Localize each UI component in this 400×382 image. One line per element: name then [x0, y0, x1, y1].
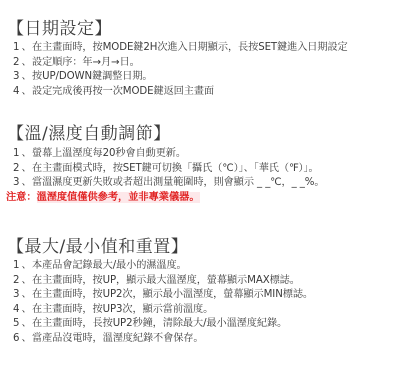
item-text: 當溫濕度更新失敗或者超出測量範圍時，則會顯示 _ _℃，_ _%。 — [32, 177, 324, 188]
item-text: 在主畫面時，按UP2次，顯示最小溫溼度，螢幕顯示MIN標誌。 — [32, 289, 313, 300]
list-item: 1、螢幕上溫溼度每20秒會自動更新。 — [0, 147, 400, 162]
item-text: 在主畫面模式時，按SET鍵可切換「攝氏（℃）」、「華氏（℉）」。 — [32, 163, 319, 174]
item-number: 1 — [13, 259, 21, 274]
item-number: 2 — [13, 162, 21, 177]
item-separator: 、 — [21, 274, 32, 289]
item-number: 4 — [13, 303, 21, 318]
item-separator: 、 — [21, 147, 32, 162]
note-label: 注意： — [6, 192, 37, 203]
list-item: 4、在主畫面時，按UP3次，顯示當前溫度。 — [0, 303, 400, 318]
instruction-list: 1、在主畫面時，按MODE鍵2H次進入日期顯示，長按SET鍵進入日期設定 2、設… — [0, 41, 400, 99]
note-highlight: 溫溼度值僅供參考， — [37, 192, 129, 203]
section-temp-humidity: 【溫/濕度自動調節】 1、螢幕上溫溼度每20秒會自動更新。 2、在主畫面模式時，… — [0, 124, 400, 205]
section-date-setting: 【日期設定】 1、在主畫面時，按MODE鍵2H次進入日期顯示，長按SET鍵進入日… — [0, 19, 400, 99]
instruction-list: 1、本產品會記錄最大/最小的濕溫度。 2、在主畫面時，按UP，顯示最大溫溼度，螢… — [0, 259, 400, 347]
item-number: 3 — [13, 70, 21, 85]
item-separator: 、 — [21, 176, 32, 191]
list-item: 3、按UP/DOWN鍵調整日期。 — [0, 70, 400, 85]
list-item: 6、當產品沒電時，溫溼度紀錄不會保存。 — [0, 332, 400, 347]
list-item: 4、設定完成後再按一次MODE鍵返回主畫面 — [0, 85, 400, 100]
item-number: 3 — [13, 176, 21, 191]
list-item: 1、本產品會記錄最大/最小的濕溫度。 — [0, 259, 400, 274]
section-max-min-reset: 【最大/最小值和重置】 1、本產品會記錄最大/最小的濕溫度。 2、在主畫面時，按… — [0, 237, 400, 347]
item-text: 螢幕上溫溼度每20秒會自動更新。 — [32, 148, 186, 159]
item-separator: 、 — [21, 70, 32, 85]
item-number: 5 — [13, 317, 21, 332]
item-text: 設定完成後再按一次MODE鍵返回主畫面 — [32, 86, 214, 97]
item-text: 當產品沒電時，溫溼度紀錄不會保存。 — [32, 333, 204, 344]
item-number: 2 — [13, 56, 21, 71]
section-heading: 【最大/最小值和重置】 — [0, 237, 400, 257]
item-text: 設定順序：年→月→日。 — [32, 57, 140, 68]
note-rest: 並非專業儀器。 — [128, 192, 199, 203]
list-item: 5、在主畫面時，長按UP2秒鐘，清除最大/最小溫溼度紀錄。 — [0, 317, 400, 332]
item-text: 在主畫面時，按UP3次，顯示當前溫度。 — [32, 304, 213, 315]
item-number: 1 — [13, 147, 21, 162]
item-separator: 、 — [21, 303, 32, 318]
item-text: 本產品會記錄最大/最小的濕溫度。 — [32, 260, 187, 271]
warning-note: 注意：溫溼度值僅供參考，並非專業儀器。 — [0, 191, 400, 206]
item-separator: 、 — [21, 56, 32, 71]
item-separator: 、 — [21, 85, 32, 100]
item-text: 在主畫面時，按UP，顯示最大溫溼度，螢幕顯示MAX標誌。 — [32, 275, 300, 286]
instruction-list: 1、螢幕上溫溼度每20秒會自動更新。 2、在主畫面模式時，按SET鍵可切換「攝氏… — [0, 147, 400, 191]
list-item: 3、當溫濕度更新失敗或者超出測量範圍時，則會顯示 _ _℃，_ _%。 — [0, 176, 400, 191]
item-number: 1 — [13, 41, 21, 56]
list-item: 2、設定順序：年→月→日。 — [0, 56, 400, 71]
item-text: 在主畫面時，按MODE鍵2H次進入日期顯示，長按SET鍵進入日期設定 — [32, 42, 348, 53]
item-number: 6 — [13, 332, 21, 347]
item-number: 2 — [13, 274, 21, 289]
item-separator: 、 — [21, 41, 32, 56]
item-separator: 、 — [21, 259, 32, 274]
item-separator: 、 — [21, 162, 32, 177]
item-separator: 、 — [21, 317, 32, 332]
item-separator: 、 — [21, 288, 32, 303]
section-heading: 【日期設定】 — [0, 19, 400, 39]
item-number: 4 — [13, 85, 21, 100]
list-item: 1、在主畫面時，按MODE鍵2H次進入日期顯示，長按SET鍵進入日期設定 — [0, 41, 400, 56]
item-separator: 、 — [21, 332, 32, 347]
list-item: 2、在主畫面模式時，按SET鍵可切換「攝氏（℃）」、「華氏（℉）」。 — [0, 162, 400, 177]
list-item: 3、在主畫面時，按UP2次，顯示最小溫溼度，螢幕顯示MIN標誌。 — [0, 288, 400, 303]
list-item: 2、在主畫面時，按UP，顯示最大溫溼度，螢幕顯示MAX標誌。 — [0, 274, 400, 289]
item-number: 3 — [13, 288, 21, 303]
section-heading: 【溫/濕度自動調節】 — [0, 124, 400, 144]
item-text: 在主畫面時，長按UP2秒鐘，清除最大/最小溫溼度紀錄。 — [32, 318, 287, 329]
item-text: 按UP/DOWN鍵調整日期。 — [32, 71, 153, 82]
